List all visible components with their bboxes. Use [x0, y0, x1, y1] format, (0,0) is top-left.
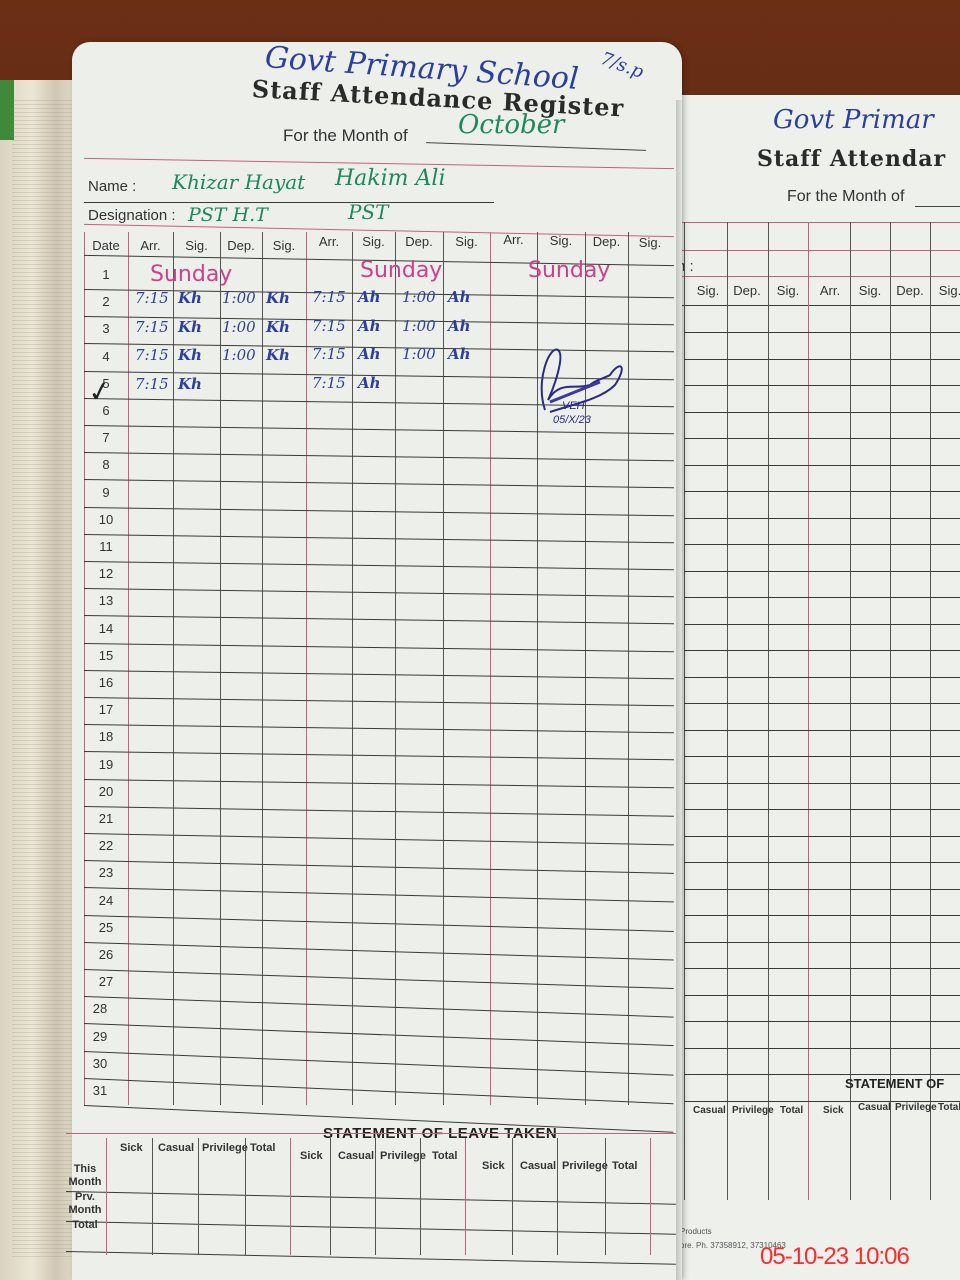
date-row-17: 17 [86, 702, 126, 717]
entry-staff1-sig2-date3: Kh [266, 318, 290, 336]
date-row-2: 2 [86, 294, 126, 309]
entry-staff2-arr-date2: 7:15 [312, 288, 346, 306]
right-grid-row-line [684, 915, 960, 916]
right-divider [680, 222, 960, 223]
right-grid-column-line [850, 222, 851, 1200]
staff-1-designation: PST H.T [188, 204, 268, 226]
leave-header-total: Total [612, 1160, 637, 1172]
leave-header-total: Total [432, 1150, 457, 1162]
leave-column-line [152, 1138, 153, 1255]
right-grid-row-line [684, 730, 960, 731]
date-row-7: 7 [86, 430, 126, 445]
right-column-header-sig: Sig. [688, 283, 728, 298]
column-header-sig: Sig. [443, 234, 490, 249]
right-grid-row-line [684, 783, 960, 784]
date-row-10: 10 [86, 512, 126, 527]
date-row-19: 19 [86, 757, 126, 772]
date-row-14: 14 [86, 621, 126, 636]
right-divider [680, 250, 960, 251]
date-row-31: 31 [80, 1083, 120, 1098]
right-month-line [915, 206, 960, 207]
right-grid-row-line [684, 465, 960, 466]
leave-header-privilege: Privilege [380, 1150, 426, 1162]
entry-staff2-arr-date5: 7:15 [312, 374, 346, 392]
column-header-dep: Dep. [585, 234, 628, 249]
entry-staff2-arr-date3: 7:15 [312, 317, 346, 335]
date-row-15: 15 [86, 648, 126, 663]
right-grid-row-line [684, 809, 960, 810]
right-divider [680, 276, 960, 277]
entry-staff2-sig2-date3: Ah [448, 317, 471, 335]
leave-column-line [650, 1138, 651, 1255]
right-grid-row-line [684, 571, 960, 572]
leave-row-this-month: This Month [60, 1163, 110, 1189]
leave-header-privilege: Privilege [562, 1160, 608, 1172]
entry-staff2-sig-date5: Ah [358, 374, 381, 392]
date-row-16: 16 [86, 675, 126, 690]
leave-header-casual: Casual [338, 1150, 374, 1162]
date-row-24: 24 [86, 893, 126, 908]
leave-column-line [557, 1138, 558, 1255]
inspector-note: VEH [562, 400, 585, 412]
grid-column-line [395, 232, 396, 1105]
grid-column-line [173, 232, 174, 1105]
leave-column-line [330, 1138, 331, 1255]
holiday-staff3: Sunday [528, 258, 610, 283]
holiday-staff1: Sunday [150, 262, 232, 287]
date-row-12: 12 [86, 566, 126, 581]
right-grid-row-line [684, 412, 960, 413]
entry-staff1-dep-date4: 1:00 [222, 346, 256, 364]
leave-column-line [375, 1138, 376, 1255]
column-header-sig: Sig. [173, 238, 220, 253]
staff-2-designation: PST [348, 200, 389, 224]
leave-header-sick: Sick [300, 1150, 323, 1162]
right-month-label: For the Month of [787, 188, 904, 206]
right-grid-row-line [684, 756, 960, 757]
right-grid-row-line [684, 703, 960, 704]
right-column-header-sig: Sig. [850, 283, 890, 298]
column-header-sig: Sig. [537, 233, 585, 248]
right-leave-header-privilege: Privilege [732, 1105, 774, 1116]
entry-staff2-dep-date3: 1:00 [402, 317, 436, 335]
entry-staff1-arr-date4: 7:15 [135, 346, 169, 364]
entry-staff1-sig-date2: Kh [178, 289, 202, 307]
right-grid-row-line [684, 889, 960, 890]
right-grid-row-line [684, 385, 960, 386]
right-grid-row-line [684, 359, 960, 360]
column-header-arr: Arr. [306, 234, 352, 249]
date-row-26: 26 [86, 947, 126, 962]
entry-staff2-arr-date4: 7:15 [312, 345, 346, 363]
grid-column-line [306, 232, 307, 1105]
entry-staff1-sig-date4: Kh [178, 346, 202, 364]
month-value: October [458, 110, 564, 140]
right-header-underline [680, 305, 960, 306]
entry-staff1-sig2-date4: Kh [266, 346, 290, 364]
right-leave-header-total: Total [938, 1102, 960, 1113]
leave-row-total: Total [60, 1219, 110, 1232]
footer-publisher: Products [680, 1227, 712, 1236]
column-header-sig: Sig. [352, 234, 395, 249]
entry-staff1-sig2-date2: Kh [266, 289, 290, 307]
grid-column-line [443, 232, 444, 1105]
date-row-11: 11 [86, 539, 126, 554]
grid-column-line [490, 232, 491, 1105]
leave-column-line [512, 1138, 513, 1255]
leave-header-total: Total [250, 1142, 275, 1154]
grid-column-line [84, 232, 85, 1105]
date-row-23: 23 [86, 865, 126, 880]
column-header-arr: Arr. [490, 232, 537, 247]
right-grid-row-line [684, 968, 960, 969]
right-grid-column-line [684, 222, 685, 1200]
leave-header-privilege: Privilege [202, 1142, 248, 1154]
right-leave-header-sick: Sick [823, 1105, 844, 1116]
column-header-sig: Sig. [628, 235, 672, 250]
right-grid-row-line [684, 1048, 960, 1049]
right-leave-header-casual: Casual [693, 1105, 726, 1116]
leave-column-line [106, 1138, 107, 1255]
column-header-dep: Dep. [395, 234, 443, 249]
right-grid-column-line [768, 222, 769, 1200]
right-grid-row-line [684, 624, 960, 625]
date-row-25: 25 [86, 920, 126, 935]
date-row-28: 28 [80, 1001, 120, 1016]
leave-header-sick: Sick [482, 1160, 505, 1172]
right-leave-header-total: Total [780, 1105, 803, 1116]
right-grid-row-line [684, 677, 960, 678]
entry-staff2-dep-date2: 1:00 [402, 288, 436, 306]
entry-staff2-sig-date3: Ah [358, 317, 381, 335]
leave-top-line [66, 1133, 676, 1134]
entry-staff2-dep-date4: 1:00 [402, 345, 436, 363]
leave-row-prv-month: Prv. Month [60, 1191, 110, 1217]
entry-staff1-arr-date5: 7:15 [135, 375, 169, 393]
right-grid-row-line [684, 862, 960, 863]
camera-timestamp: 05-10-23 10:06 [760, 1243, 909, 1271]
right-grid-column-line [890, 222, 891, 1200]
right-school-name: Govt Primar [773, 105, 934, 135]
right-column-header-sig: Sig. [930, 283, 960, 298]
left-page [72, 42, 682, 1280]
name-label: Name : [88, 178, 136, 195]
leave-column-line [245, 1138, 246, 1255]
entry-staff2-sig2-date4: Ah [448, 345, 471, 363]
date-row-3: 3 [86, 321, 126, 336]
leave-column-line [420, 1138, 421, 1255]
leave-column-line [465, 1138, 466, 1255]
right-column-header-dep: Dep. [890, 283, 930, 298]
date-row-27: 27 [86, 974, 126, 989]
staff-2-name: Hakim Ali [335, 166, 445, 191]
entry-staff1-arr-date2: 7:15 [135, 289, 169, 307]
date-row-9: 9 [86, 485, 126, 500]
right-leave-header-privilege: Privilege [895, 1102, 937, 1113]
date-row-29: 29 [80, 1029, 120, 1044]
entry-staff1-dep-date2: 1:00 [222, 289, 256, 307]
right-column-header-arr: Arr. [810, 283, 850, 298]
right-grid-row-line [684, 650, 960, 651]
leave-header-casual: Casual [520, 1160, 556, 1172]
designation-label: Designation : [88, 207, 176, 224]
leave-header-casual: Casual [158, 1142, 194, 1154]
page-gutter-shadow [676, 100, 684, 1280]
date-row-4: 4 [86, 349, 126, 364]
entry-staff1-arr-date3: 7:15 [135, 318, 169, 336]
right-grid-row-line [684, 1074, 960, 1075]
column-header-dep: Dep. [220, 238, 262, 253]
right-grid-column-line [930, 222, 931, 1200]
column-header-sig: Sig. [262, 238, 306, 253]
right-grid-row-line [684, 995, 960, 996]
leave-column-line [290, 1138, 291, 1255]
leave-column-line [605, 1138, 606, 1255]
entry-staff1-dep-date3: 1:00 [222, 318, 256, 336]
right-column-header-sig: Sig. [768, 283, 808, 298]
date-row-22: 22 [86, 838, 126, 853]
month-label: For the Month of [283, 126, 408, 146]
inspector-date: 05/X/23 [553, 414, 591, 426]
grid-column-line [352, 232, 353, 1105]
page-stack-lines [12, 100, 72, 1260]
right-grid-row-line [684, 544, 960, 545]
right-grid-row-line [684, 836, 960, 837]
right-grid-column-line [808, 222, 809, 1200]
holiday-staff2: Sunday [360, 258, 442, 283]
entry-staff2-sig-date2: Ah [358, 288, 381, 306]
date-row-13: 13 [86, 593, 126, 608]
date-row-18: 18 [86, 729, 126, 744]
right-grid-row-line [684, 491, 960, 492]
date-row-21: 21 [86, 811, 126, 826]
grid-column-line [128, 232, 129, 1105]
entry-staff2-sig-date4: Ah [358, 345, 381, 363]
right-grid-row-line [684, 1021, 960, 1022]
entry-staff2-sig2-date2: Ah [448, 288, 471, 306]
date-row-8: 8 [86, 457, 126, 472]
column-header-date: Date [84, 238, 128, 253]
right-grid-column-line [727, 222, 728, 1200]
name-row-line [84, 202, 494, 203]
leave-header-sick: Sick [120, 1142, 143, 1154]
leave-column-line [198, 1138, 199, 1255]
entry-staff1-sig-date5: Kh [178, 375, 202, 393]
right-grid-row-line [684, 942, 960, 943]
right-leave-header-casual: Casual [858, 1102, 891, 1113]
right-register-title: Staff Attendar [757, 146, 946, 172]
right-statement-title: STATEMENT OF [845, 1076, 944, 1091]
date-row-20: 20 [86, 784, 126, 799]
right-grid-row-line [684, 597, 960, 598]
date-row-30: 30 [80, 1056, 120, 1071]
entry-staff1-sig-date3: Kh [178, 318, 202, 336]
right-grid-row-line [684, 332, 960, 333]
right-column-header-dep: Dep. [727, 283, 767, 298]
column-header-arr: Arr. [128, 238, 173, 253]
date-row-1: 1 [86, 267, 126, 282]
staff-1-name: Khizar Hayat [172, 170, 305, 194]
right-grid-row-line [684, 518, 960, 519]
right-grid-row-line [684, 438, 960, 439]
